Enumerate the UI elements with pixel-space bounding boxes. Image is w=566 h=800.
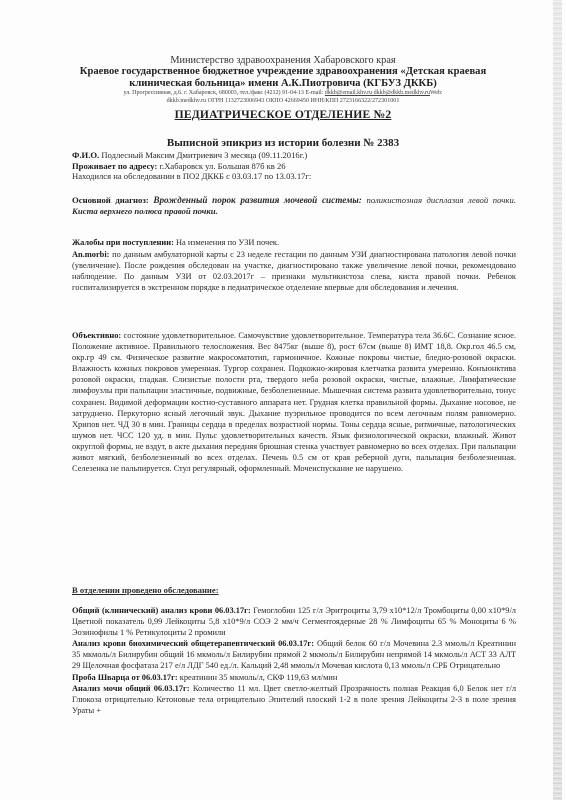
test-label: Анализ мочи общий 06.03.17г: [72,684,190,693]
complaints: Жалобы при поступлении: На изменения по … [72,237,516,248]
email-link[interactable]: dkkb@email.khv.ru dkkb@dkkb.medkhv.ru [325,90,430,96]
institution-name-line1: Краевое государственное бюджетное учрежд… [0,66,566,77]
address-text: ул. Прогрессивная, д.6. г. Хабаровск, 68… [123,90,324,96]
test-value: креатинин 35 мкмоль/л, СКФ 119,63 мл/мин [178,673,338,682]
objective-exam: Объективно: состояние удовлетворительное… [72,330,516,474]
complaints-value: На изменения по УЗИ почек. [174,238,279,247]
exam-section-title: В отделении проведено обследование: [72,585,219,595]
fio-value: Подлесный Максим Дмитриевич 3 месяца (09… [99,150,307,160]
address-label: Проживает по адресу: [72,161,157,171]
anamnesis-label: An.morbi: [72,250,109,259]
department-title: ПЕДИАТРИЧЕСКОЕ ОТДЕЛЕНИЕ №2 [0,108,566,121]
objective-label: Объективно: [72,331,121,340]
anamnesis: An.morbi: по данным амбулаторной карты с… [72,249,516,293]
test-urinalysis: Анализ мочи общий 06.03.17г: Количество … [72,683,516,716]
hospital-stay: Находился на обследовании в ПО2 ДККБ с 0… [72,171,516,182]
patient-info: Ф.И.О. Подлесный Максим Дмитриевич 3 мес… [72,150,516,182]
diagnosis-detail: поликистозная дисплазия левой почки. [367,195,516,205]
web-label: Web: [430,90,443,96]
diagnosis-detail-2: Киста верхнего полюса правой почки. [72,206,218,216]
main-diagnosis: Основной диагноз: Врожденный порок разви… [72,195,516,217]
test-label: Анализ крови биохимический общетерапевти… [72,639,314,648]
patient-address-row: Проживает по адресу: г.Хабаровск ул. Бол… [72,161,516,172]
anamnesis-value: по данным амбулаторной карты с 23 неделе… [72,250,516,292]
diagnosis-label: Основной диагноз: [72,195,153,205]
document-title: Выписной эпикриз из истории болезни № 23… [0,137,566,149]
institution-name-line2: клиническая больница» имени А.К.Пиотрови… [0,78,566,89]
diagnosis-main: Врожденный порок развития мочевой систем… [153,195,366,205]
test-schwartz: Проба Шварца от 06.03.17г: креатинин 35 … [72,672,516,683]
scan-edge-artifact-dense [553,300,562,800]
objective-value: состояние удовлетворительное. Самочувств… [72,331,516,473]
test-label: Проба Шварца от 06.03.17г: [72,673,178,682]
test-biochem: Анализ крови биохимический общетерапевти… [72,638,516,671]
address-value: г.Хабаровск ул. Большая 87б кв 26 [157,161,285,171]
institution-registration: dkkb.medkhv.ru ОГРН 1132723006943 ОКПО 4… [0,98,566,104]
ministry-name: Министерство здравоохранения Хабаровског… [0,55,566,66]
test-cbc: Общий (клинический) анализ крови 06.03.1… [72,605,516,638]
patient-name-row: Ф.И.О. Подлесный Максим Дмитриевич 3 мес… [72,150,516,161]
lab-tests: Общий (клинический) анализ крови 06.03.1… [72,605,516,716]
institution-address: ул. Прогрессивная, д.6. г. Хабаровск, 68… [0,90,566,96]
scanned-document-page: Министерство здравоохранения Хабаровског… [0,0,566,800]
fio-label: Ф.И.О. [72,150,99,160]
test-label: Общий (клинический) анализ крови 06.03.1… [72,606,251,615]
complaints-label: Жалобы при поступлении: [72,238,174,247]
